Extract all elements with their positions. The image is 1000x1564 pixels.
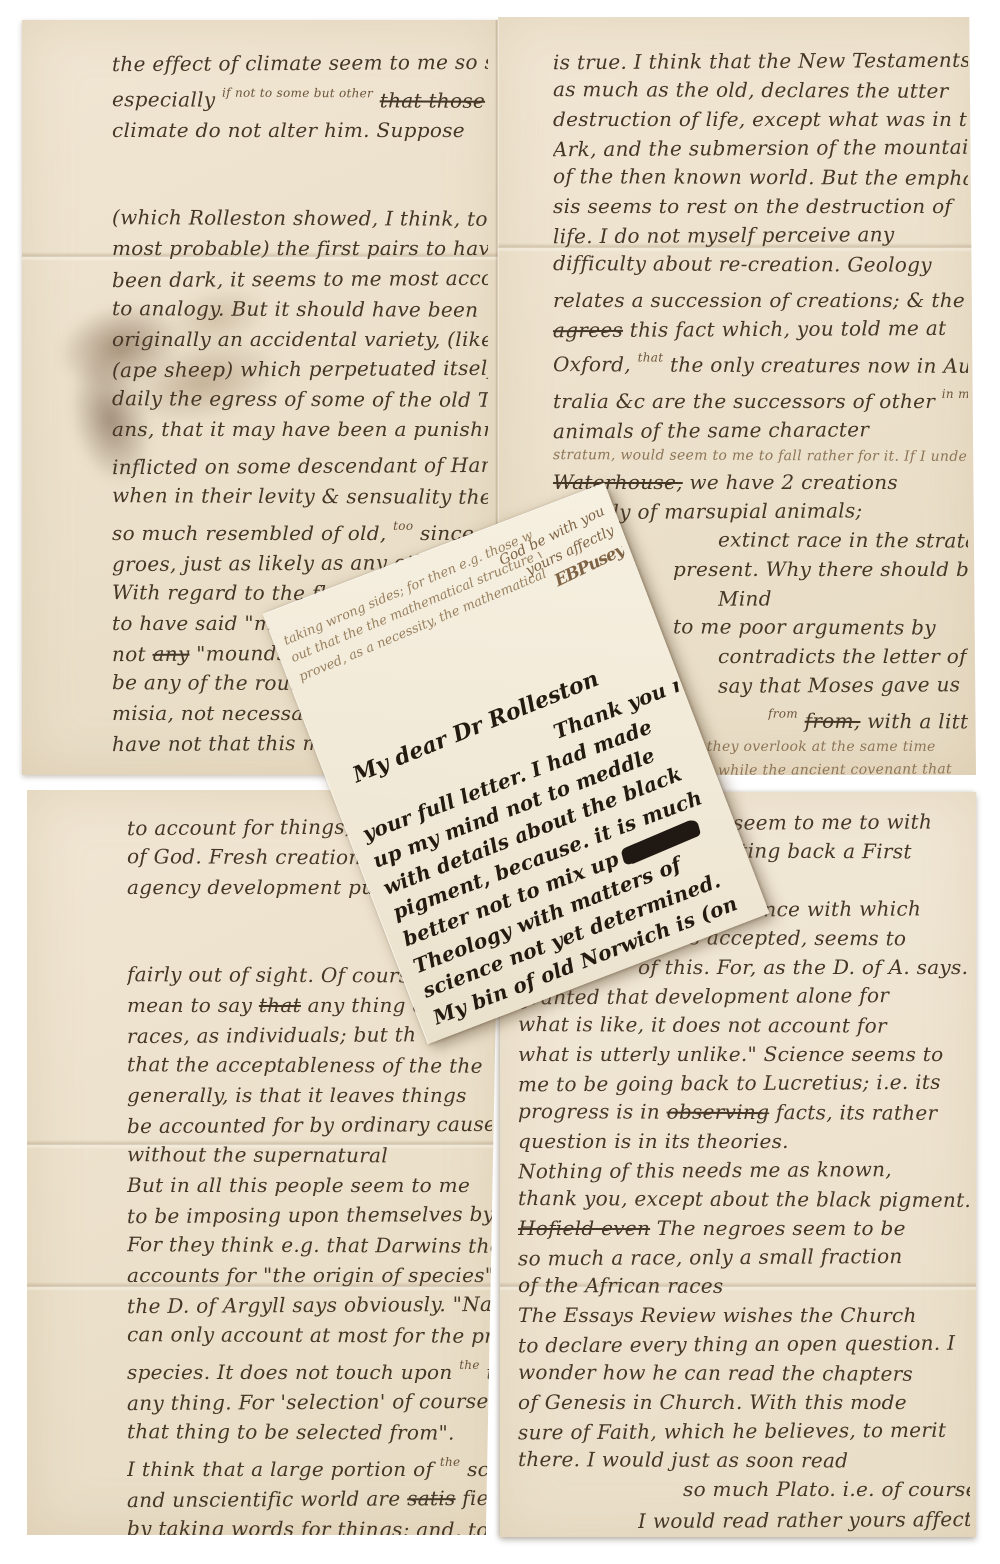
text-segment: as much as the old, declares the utter [553,77,949,103]
text-segment: from [768,707,798,721]
handwritten-line: tralia &c are the successors of other in… [553,380,968,416]
handwritten-line: of the African races [518,1271,970,1302]
handwritten-line: so much Plato. i.e. of course [683,1475,970,1504]
text-segment: their origin of [480,1360,492,1384]
text-segment: observing [667,1100,770,1124]
text-segment: be accounted for by ordinary causes. [127,1112,492,1138]
text-segment: any [152,642,189,666]
text-segment: so much resembled of old, [112,521,393,545]
text-segment: the effect of climate seem to me so stro… [112,49,488,76]
text-segment: fied [455,1486,492,1510]
text-segment: the D. of Argyll says obviously. "Natura… [127,1291,492,1318]
text-segment: so much a race, only a small fraction [518,1244,903,1270]
text-segment: circumstances of [485,89,488,114]
text-segment: Nothing of this needs me as known, [518,1157,892,1183]
text-segment: stratum, would seem to me to fall rather… [553,447,968,465]
handwritten-line: And they overlook at the same time [673,736,968,759]
handwritten-line: to be imposing upon themselves by words [127,1199,492,1231]
text-segment: any thing. For 'selection' of course pre… [127,1388,492,1415]
text-segment: (which Rolleston showed, I think, to be … [112,205,488,231]
text-segment: I would read rather yours affectly [638,1507,970,1533]
text-segment: inflicted on some descendant of Ham [112,453,488,479]
text-segment: there. I would just as soon read [518,1447,848,1472]
handwritten-line: thank you, except about the black pigmen… [518,1184,970,1215]
handwritten-line: what is utterly unlike." Science seems t… [518,1040,970,1069]
handwritten-line: originally an accidental variety, (like … [112,324,488,354]
handwritten-line: The Essays Review wishes the Church [518,1301,970,1330]
text-segment: accounts for "the origin of species". Wh… [127,1263,492,1287]
text-segment: The Essays Review wishes the Church [518,1303,917,1327]
handwritten-line: Oxford, that the only creatures now in A… [553,343,968,381]
handwritten-line: the D. of Argyll says obviously. "Natura… [127,1289,492,1321]
handwritten-line: generally, is that it leaves things [127,1080,492,1110]
text-segment: scientific [460,1457,492,1481]
handwritten-line: For they think e.g. that Darwins theory [127,1229,492,1261]
handwritten-line: accounts for "the origin of species". Wh… [127,1260,492,1290]
text-segment: species. It does not touch upon [127,1360,459,1384]
text-segment: relates a succession of creations; & the [553,288,968,312]
text-segment: so much Plato. i.e. of course [683,1477,970,1501]
handwritten-line: without the supernatural [127,1139,492,1171]
handwritten-line: is true. I think that the New Testaments [553,46,968,78]
text-segment: of this. For, as the D. of A. says. [638,955,968,979]
text-segment: destruction of life, except what was in … [553,107,968,131]
handwritten-line: when in their levity & sensuality they [112,480,488,512]
text-segment: too [393,519,413,533]
text-segment: to declare every thing an open question.… [518,1331,955,1358]
handwritten-line: of the then known world. But the empha= [553,162,968,193]
handwritten-line: say that Moses gave us [718,670,968,701]
handwritten-line: granted that development alone for [518,981,970,1013]
handwritten-line: sis seems to rest on the destruction of [553,192,968,221]
text-segment: misia, not necessari [112,701,320,725]
text-segment: the only creatures now in Aus [663,353,968,378]
text-segment: that those [380,88,485,112]
text-segment: The negroes seem to be [650,1216,906,1240]
handwritten-line: that thing to be selected from". [127,1416,492,1448]
text-segment: can only account at most for the preserv… [127,1322,492,1348]
text-segment: Mind [718,586,772,610]
handwritten-line: I would read rather yours affectly EBP [638,1503,970,1536]
handwritten-line: species. It does not touch upon the thei… [127,1350,492,1387]
handwritten-line: so much a race, only a small fraction [518,1242,970,1274]
handwritten-line: agrees this fact which, you told me at [553,314,968,346]
text-segment: most probable) the first pairs to have [112,236,488,260]
handwritten-line: Mind [718,583,968,614]
text-segment: what is like, it does not account for [518,1012,887,1038]
handwritten-line: the effect of climate seem to me so stro… [112,47,488,79]
handwritten-line: by taking words for things; and, to judg… [127,1513,492,1535]
text-segment: extinct race in the strata [718,527,968,552]
text-segment: ans, that it may have been a punishment [112,417,488,441]
handwritten-line: difficulty about re-creation. Geology [553,249,968,280]
text-segment: me to be going back to Lucretius; i.e. i… [518,1070,941,1097]
text-segment: and unscientific world are [127,1486,407,1512]
handwritten-line: (which Rolleston showed, I think, to be … [112,202,488,234]
handwritten-line: sure of Faith, which he believes, to mer… [518,1416,970,1448]
handwritten-line [112,144,488,204]
handwritten-line: Nothing of this needs me as known, [518,1155,970,1187]
text-segment: sure of Faith, which he believes, to mer… [518,1418,946,1445]
text-segment: with a little gleam [860,709,968,734]
text-segment: facts, its rather [769,1100,937,1125]
handwritten-line: ans, that it may have been a punishment [112,414,488,444]
handwritten-line: especially if not to some but other that… [112,77,488,116]
text-segment: that [259,993,301,1017]
text-segment: this fact which, you told me at [623,316,946,342]
text-segment: Ark, and the submersion of the mountains [553,135,968,162]
handwritten-line: to analogy. But it should have been [112,293,488,325]
text-segment: the [459,1358,480,1372]
text-segment: difficulty about re-creation. Geology [553,251,932,277]
text-segment: contradicts the letter of Holy [718,644,968,668]
text-segment: from, [805,709,861,733]
text-segment: progress is in [518,1099,667,1124]
text-segment: agency development puts [127,875,393,899]
text-segment: Hofield even [518,1216,650,1240]
text-segment: of Genesis in Church. With this mode [518,1390,907,1414]
handwritten-line: of Genesis in Church. With this mode [518,1388,970,1417]
handwritten-line: so much resembled of old, too since, as … [112,511,488,548]
handwritten-line: wonder how he can read the chapters [518,1358,970,1389]
text-segment: (ape sheep) which perpetuated itself. (e… [112,356,488,383]
text-segment: sis seems to rest on the destruction of [553,194,952,218]
handwritten-line: Waterhouse, we have 2 creations [553,468,968,497]
handwritten-line: can only account at most for the preserv… [127,1319,492,1351]
handwritten-line: of this. For, as the D. of A. says. [638,953,970,982]
handwritten-line: while the ancient covenant that [718,758,968,775]
text-segment: climate do not alter him. Suppose [112,118,465,142]
text-segment: that thing to be selected from". [127,1419,455,1444]
handwritten-line: contradicts the letter of Holy [718,642,968,671]
handwritten-line: animals of the same character [553,415,968,447]
handwritten-line: (ape sheep) which perpetuated itself. (e… [112,353,488,385]
handwritten-line: climate do not alter him. Suppose [112,115,488,145]
text-segment: in my earlier [942,387,968,401]
text-segment: to me poor arguments by [673,614,936,639]
text-segment: to be imposing upon themselves by words [127,1201,492,1228]
manuscript-photo: the effect of climate seem to me so stro… [0,0,1000,1564]
handwritten-line: seem to me to with [733,807,970,837]
text-segment: And they overlook at the same time [673,739,936,755]
handwritten-line: present. Why there should be [673,555,968,584]
text-segment: Oxford, [553,352,638,376]
handwritten-line: be accounted for by ordinary causes. [127,1109,492,1141]
text-segment: animals of the same character [553,417,869,443]
handwritten-line: relates a succession of creations; & the… [553,279,968,315]
text-segment: without the supernatural [127,1142,388,1167]
handwritten-line: extinct race in the strata [718,525,968,555]
text-segment: generally, is that it leaves things [127,1083,467,1107]
text-segment: satis [407,1486,456,1510]
text-segment: But in all this people seem to me [127,1173,470,1197]
handwritten-line: Ark, and the submersion of the mountains [553,133,968,165]
handwritten-line: there. I would just as soon read [518,1445,970,1476]
text-segment: races, as individuals; but th [127,1022,416,1048]
text-segment: while the ancient covenant that [718,761,952,775]
handwritten-line: stratum, would seem to me to fall rather… [553,444,968,469]
text-segment: when in their levity & sensuality they [112,483,488,509]
text-segment: life. I do not myself perceive any [553,222,895,248]
handwritten-line: life. I do not myself perceive any [553,220,968,252]
text-segment: tralia &c are the successors of other [553,389,942,413]
text-segment: the [440,1455,461,1469]
handwritten-line: progress is in observing facts, its rath… [518,1097,970,1128]
handwritten-line: question is in its theories. [518,1127,970,1156]
text-segment: by taking words for things; and, to judg… [127,1516,492,1535]
text-segment: mean to say [127,993,259,1017]
text-segment: of the African races [518,1273,724,1298]
text-segment: For they think e.g. that Darwins theory [127,1232,492,1258]
text-segment: to analogy. But it should have been [112,296,478,322]
handwritten-line: to me poor arguments by [673,612,968,642]
handwritten-line: as much as the old, declares the utter [553,75,968,106]
text-segment: present. Why there should be [673,557,968,581]
handwritten-line: me to be going back to Lucretius; i.e. i… [518,1068,970,1100]
handwritten-line: from from, with a little gleam [768,700,968,737]
text-segment: Waterhouse, [553,470,683,494]
text-segment: we have 2 creations [683,470,898,494]
text-segment: wonder how he can read the chapters [518,1360,913,1386]
handwritten-line: But in all this people seem to me [127,1170,492,1200]
text-segment: not [112,642,153,666]
text-segment: agrees [553,318,623,342]
text-segment: I think that a large portion of [127,1457,440,1481]
text-segment: is true. I think that the New Testaments [553,48,968,75]
handwritten-line: Hofield even The negroes seem to be [518,1214,970,1243]
text-segment: that the acceptableness of the the [127,1052,483,1078]
handwritten-line: been dark, it seems to me most accordant… [112,262,488,295]
text-segment: daily the egress of some of the old Theo… [112,386,488,412]
text-segment: if not to some but other [222,86,373,101]
text-segment: question is in its theories. [518,1129,789,1153]
handwritten-line: that the acceptableness of the the [127,1049,492,1081]
handwritten-line: any thing. For 'selection' of course pre… [127,1386,492,1418]
handwritten-line: destruction of life, except what was in … [553,105,968,134]
handwritten-line: what is like, it does not account for [518,1010,970,1041]
text-segment: what is utterly unlike." Science seems t… [518,1042,943,1066]
text-segment: especially [112,87,222,111]
text-segment: been dark, it seems to me most accordant [112,265,488,292]
handwritten-line: daily the egress of some of the old Theo… [112,383,488,415]
handwritten-line: to declare every thing an open question.… [518,1329,970,1361]
handwritten-line: and unscientific world are satis fied [127,1483,492,1515]
handwritten-line: most probable) the first pairs to have [112,233,488,263]
text-segment: of the then known world. But the empha= [553,164,968,190]
text-segment: seem to me to with [733,810,932,835]
text-segment: have not that this mo [112,731,334,756]
handwritten-line: inflicted on some descendant of Ham Negr… [112,443,488,482]
text-segment: thank you, except about the black pigmen… [518,1186,970,1212]
handwritten-line: I think that a large portion of the scie… [127,1447,492,1484]
text-segment: originally an accidental variety, (like … [112,327,488,351]
text-segment: say that Moses gave us [718,672,960,697]
text-segment: that [638,350,664,364]
